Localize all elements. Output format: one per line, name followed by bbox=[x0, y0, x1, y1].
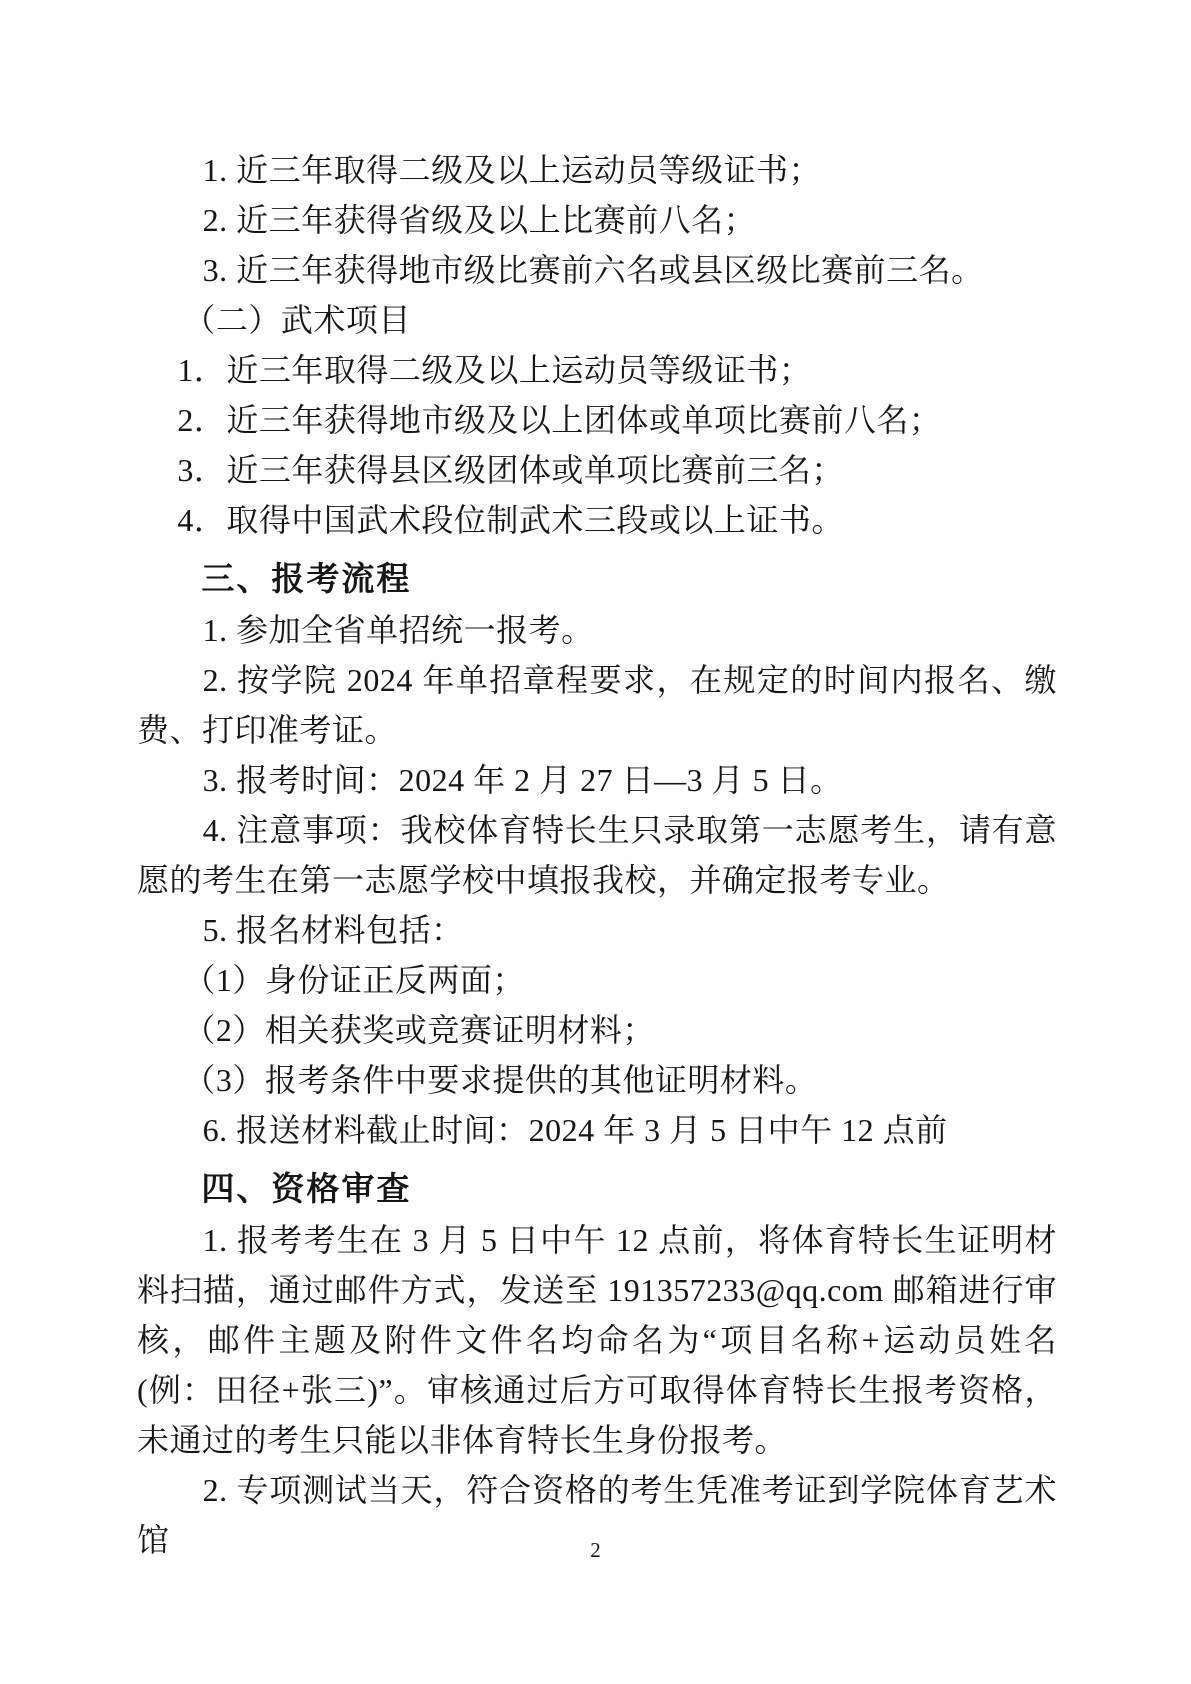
paragraph: （二）武术项目 bbox=[137, 295, 1057, 345]
section-heading: 三、报考流程 bbox=[137, 555, 1057, 605]
paragraph: 3. 报考时间：2024 年 2 月 27 日—3 月 5 日。 bbox=[137, 755, 1057, 805]
paragraph: （3）报考条件中要求提供的其他证明材料。 bbox=[137, 1055, 1057, 1105]
paragraph: （1）身份证正反两面； bbox=[137, 955, 1057, 1005]
paragraph: 6. 报送材料截止时间：2024 年 3 月 5 日中午 12 点前 bbox=[137, 1105, 1057, 1155]
paragraph: 3. 近三年获得地市级比赛前六名或县区级比赛前三名。 bbox=[137, 245, 1057, 295]
paragraph: 2. 按学院 2024 年单招章程要求，在规定的时间内报名、缴费、打印准考证。 bbox=[137, 655, 1057, 755]
document-page: 1. 近三年取得二级及以上运动员等级证书；2. 近三年获得省级及以上比赛前八名；… bbox=[0, 0, 1191, 1684]
paragraph: 4. 注意事项：我校体育特长生只录取第一志愿考生，请有意愿的考生在第一志愿学校中… bbox=[137, 805, 1057, 905]
document-body: 1. 近三年取得二级及以上运动员等级证书；2. 近三年获得省级及以上比赛前八名；… bbox=[137, 145, 1057, 1565]
page-footer: 2 bbox=[0, 1534, 1191, 1566]
paragraph: 2．近三年获得地市级及以上团体或单项比赛前八名； bbox=[137, 395, 1057, 445]
paragraph: 1. 近三年取得二级及以上运动员等级证书； bbox=[137, 145, 1057, 195]
paragraph: 1. 参加全省单招统一报考。 bbox=[137, 605, 1057, 655]
section-heading: 四、资格审查 bbox=[137, 1165, 1057, 1215]
paragraph: （2）相关获奖或竞赛证明材料； bbox=[137, 1005, 1057, 1055]
paragraph: 3．近三年获得县区级团体或单项比赛前三名； bbox=[137, 445, 1057, 495]
paragraph: 1. 报考考生在 3 月 5 日中午 12 点前，将体育特长生证明材料扫描，通过… bbox=[137, 1215, 1057, 1465]
paragraph: 5. 报名材料包括： bbox=[137, 905, 1057, 955]
paragraph: 2. 近三年获得省级及以上比赛前八名； bbox=[137, 195, 1057, 245]
paragraph: 4．取得中国武术段位制武术三段或以上证书。 bbox=[137, 495, 1057, 545]
paragraph: 1．近三年取得二级及以上运动员等级证书； bbox=[137, 345, 1057, 395]
page-number: 2 bbox=[590, 1538, 601, 1562]
